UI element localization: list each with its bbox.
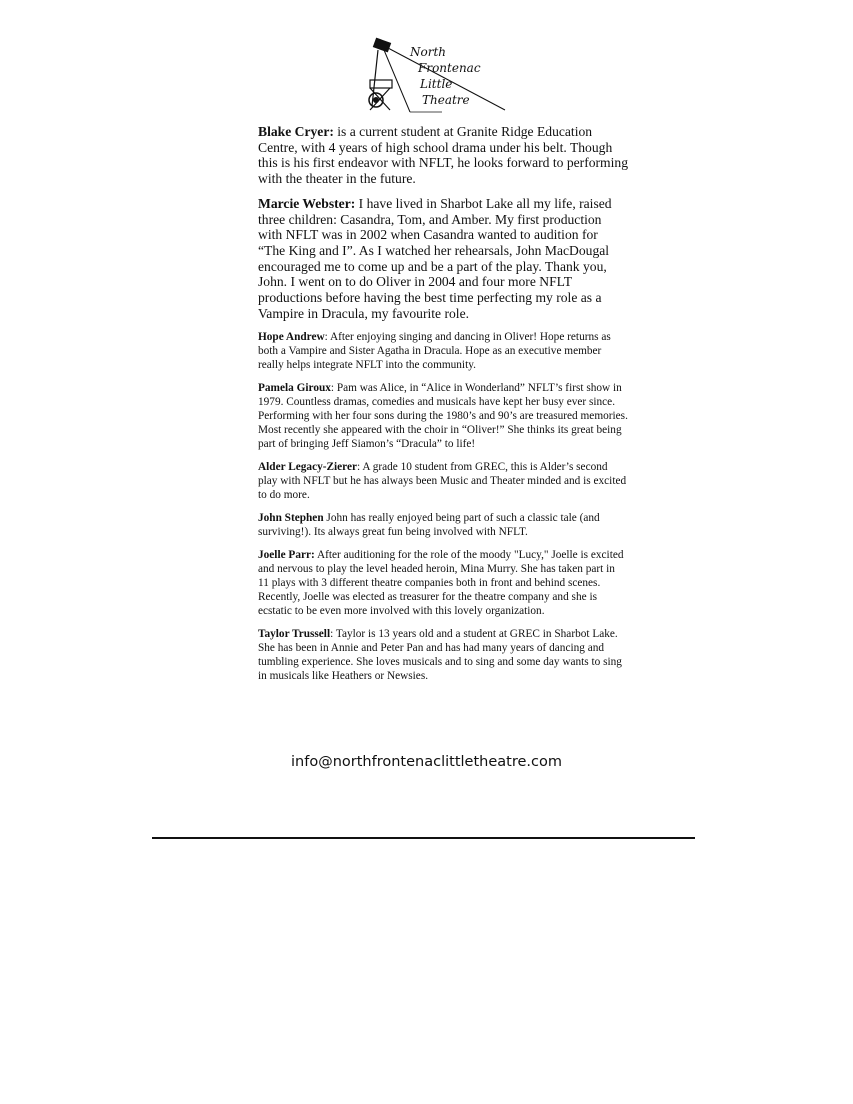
bio-name: Blake Cryer: [258, 124, 334, 139]
bio-text: I have lived in Sharbot Lake all my life… [258, 196, 612, 321]
spotlight-director-chair-icon: North Frontenac Little Theatre [360, 36, 510, 116]
bio-name: Alder Legacy-Zierer [258, 461, 357, 473]
svg-text:Theatre: Theatre [422, 93, 470, 107]
horizontal-divider [152, 837, 695, 839]
bio-taylor-trussell: Taylor Trussell: Taylor is 13 years old … [258, 627, 628, 683]
bio-joelle-parr: Joelle Parr: After auditioning for the r… [258, 548, 628, 618]
bio-blake-cryer: Blake Cryer: is a current student at Gra… [258, 124, 628, 187]
bio-name: John Stephen [258, 512, 324, 524]
contact-email: info@northfrontenaclittletheatre.com [0, 754, 853, 770]
bio-name: Joelle Parr: [258, 549, 315, 561]
bio-name: Pamela Giroux [258, 382, 331, 394]
bio-marcie-webster: Marcie Webster: I have lived in Sharbot … [258, 196, 628, 322]
bio-hope-andrew: Hope Andrew: After enjoying singing and … [258, 330, 628, 372]
svg-text:Frontenac: Frontenac [417, 61, 481, 75]
bio-pamela-giroux: Pamela Giroux: Pam was Alice, in “Alice … [258, 381, 628, 451]
bio-name: Taylor Trussell [258, 628, 330, 640]
svg-text:North: North [409, 45, 446, 59]
bio-name: Hope Andrew [258, 331, 325, 343]
theatre-logo: North Frontenac Little Theatre [360, 36, 510, 116]
svg-text:Little: Little [419, 77, 452, 91]
bio-name: Marcie Webster: [258, 196, 355, 211]
bio-alder-legacy-zierer: Alder Legacy-Zierer: A grade 10 student … [258, 460, 628, 502]
bio-john-stephen: John Stephen John has really enjoyed bei… [258, 511, 628, 539]
cast-bios: Blake Cryer: is a current student at Gra… [258, 124, 628, 692]
